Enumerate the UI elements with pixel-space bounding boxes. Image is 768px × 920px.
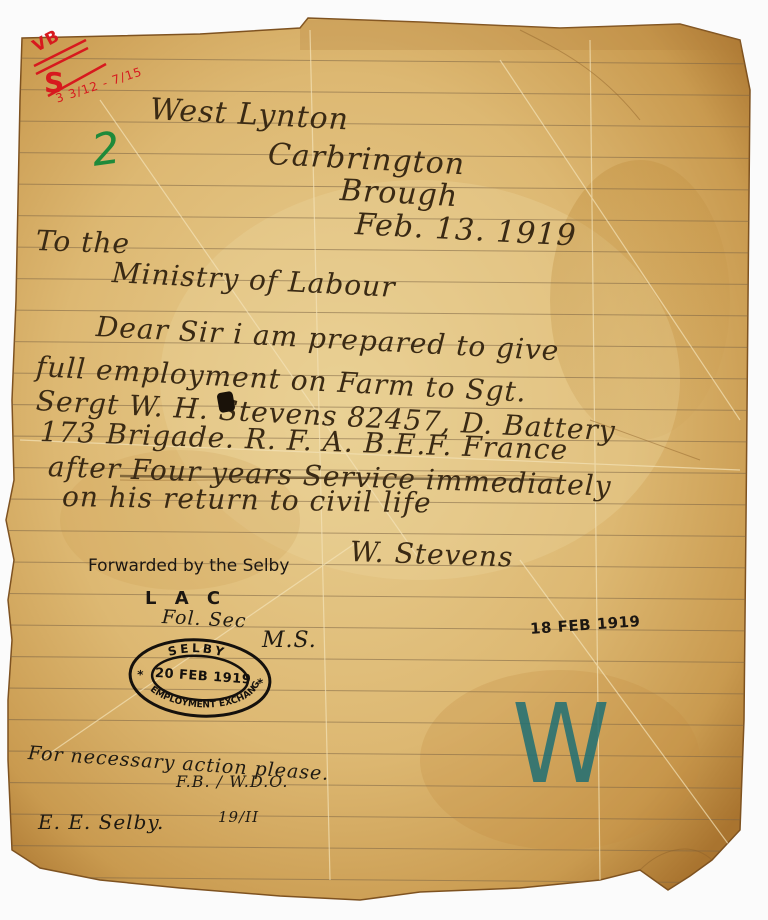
recipient: Ministry of Labour	[111, 256, 396, 304]
svg-text:*: *	[137, 668, 145, 682]
address-line-1: West Lynton	[149, 92, 350, 137]
signoff-selby: E. E. Selby.	[38, 810, 164, 834]
blue-w-mark: W	[512, 680, 611, 808]
letter-content: VB S 3 3/12 - 7/15 2 West Lynton Carbrin…	[0, 0, 768, 920]
forwarded-text: Forwarded by the Selby	[88, 556, 289, 576]
note-date: 19/II	[218, 808, 259, 826]
letter-date: Feb. 13. 1919	[354, 207, 577, 254]
ink-blot	[216, 391, 235, 413]
svg-text:*: *	[256, 676, 264, 690]
signature: W. Stevens	[349, 535, 514, 574]
note-initials: F.B. / W.D.O.	[176, 772, 288, 791]
fol-sec-handwritten: Fol. Sec	[161, 606, 247, 632]
lac-text: L A C	[145, 588, 226, 609]
letter-paper: VB S 3 3/12 - 7/15 2 West Lynton Carbrin…	[0, 0, 768, 920]
body-line-6: on his return to civil life	[62, 480, 432, 519]
received-date-stamp: 18 FEB 1919	[530, 612, 641, 638]
salutation-to: To the	[35, 224, 130, 260]
employment-exchange-stamp: SELBY EMPLOYMENT EXCHANGE * * 20 FEB 191…	[124, 632, 275, 724]
green-mark-2: 2	[88, 122, 124, 177]
